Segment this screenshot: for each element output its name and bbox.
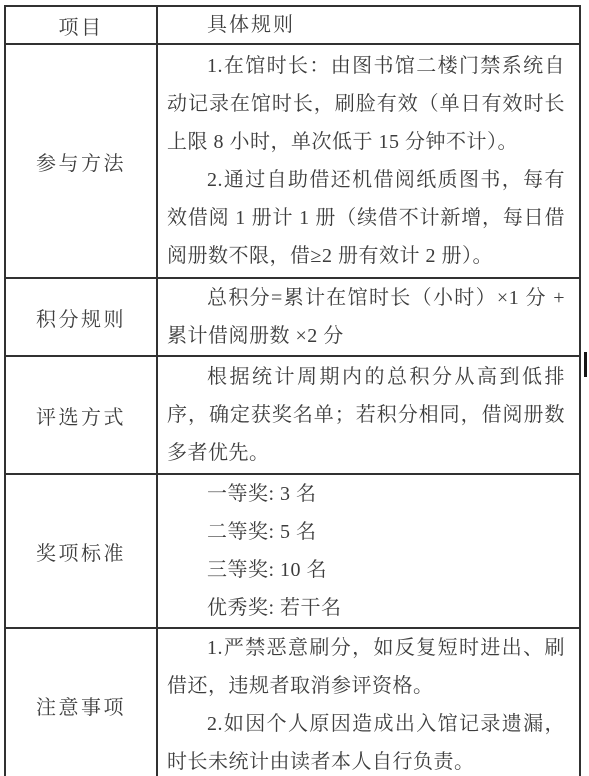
table-row-notes: 注意事项 1.严禁恶意刷分，如反复短时进出、刷借还，违规者取消参评资格。 2.如… — [5, 628, 580, 776]
table-row-selection: 评选方式 根据统计周期内的总积分从高到低排序，确定获奖名单；若积分相同，借阅册数… — [5, 356, 580, 474]
rule-paragraph: 根据统计周期内的总积分从高到低排序，确定获奖名单；若积分相同，借阅册数多者优先。 — [167, 358, 565, 472]
rules-cell: 1.严禁恶意刷分，如反复短时进出、刷借还，违规者取消参评资格。 2.如因个人原因… — [157, 628, 580, 776]
row-label: 评选方式 — [5, 356, 157, 474]
text-cursor — [584, 352, 587, 377]
header-rules-label: 具体规则 — [167, 8, 565, 42]
header-item-cell: 项目 — [5, 6, 157, 44]
row-label: 注意事项 — [5, 628, 157, 776]
row-label: 奖项标准 — [5, 474, 157, 628]
row-label: 积分规则 — [5, 278, 157, 356]
rule-paragraph: 1.严禁恶意刷分，如反复短时进出、刷借还，违规者取消参评资格。 — [167, 629, 565, 705]
rules-cell: 一等奖: 3 名 二等奖: 5 名 三等奖: 10 名 优秀奖: 若干名 — [157, 474, 580, 628]
rules-cell: 根据统计周期内的总积分从高到低排序，确定获奖名单；若积分相同，借阅册数多者优先。 — [157, 356, 580, 474]
rule-paragraph: 2.通过自助借还机借阅纸质图书，每有效借阅 1 册计 1 册（续借不计新增，每日… — [167, 161, 565, 275]
rules-table: 项目 具体规则 参与方法 1.在馆时长：由图书馆二楼门禁系统自动记录在馆时长，刷… — [4, 5, 581, 776]
award-line-excellence: 优秀奖: 若干名 — [167, 589, 565, 627]
table-row-awards: 奖项标准 一等奖: 3 名 二等奖: 5 名 三等奖: 10 名 优秀奖: 若干… — [5, 474, 580, 628]
row-label: 参与方法 — [5, 44, 157, 278]
document-page: 项目 具体规则 参与方法 1.在馆时长：由图书馆二楼门禁系统自动记录在馆时长，刷… — [0, 0, 589, 776]
award-line-first: 一等奖: 3 名 — [167, 475, 565, 513]
rules-cell: 总积分=累计在馆时长（小时）×1 分 + 累计借阅册数 ×2 分 — [157, 278, 580, 356]
table-header-row: 项目 具体规则 — [5, 6, 580, 44]
table-row-scoring: 积分规则 总积分=累计在馆时长（小时）×1 分 + 累计借阅册数 ×2 分 — [5, 278, 580, 356]
rule-paragraph: 1.在馆时长：由图书馆二楼门禁系统自动记录在馆时长，刷脸有效（单日有效时长上限 … — [167, 47, 565, 161]
award-line-second: 二等奖: 5 名 — [167, 513, 565, 551]
rule-paragraph: 2.如因个人原因造成出入馆记录遗漏，时长未统计由读者本人自行负责。 — [167, 705, 565, 776]
header-rules-cell: 具体规则 — [157, 6, 580, 44]
award-line-third: 三等奖: 10 名 — [167, 551, 565, 589]
rule-paragraph: 总积分=累计在馆时长（小时）×1 分 + 累计借阅册数 ×2 分 — [167, 279, 565, 355]
rules-cell: 1.在馆时长：由图书馆二楼门禁系统自动记录在馆时长，刷脸有效（单日有效时长上限 … — [157, 44, 580, 278]
table-row-participation: 参与方法 1.在馆时长：由图书馆二楼门禁系统自动记录在馆时长，刷脸有效（单日有效… — [5, 44, 580, 278]
